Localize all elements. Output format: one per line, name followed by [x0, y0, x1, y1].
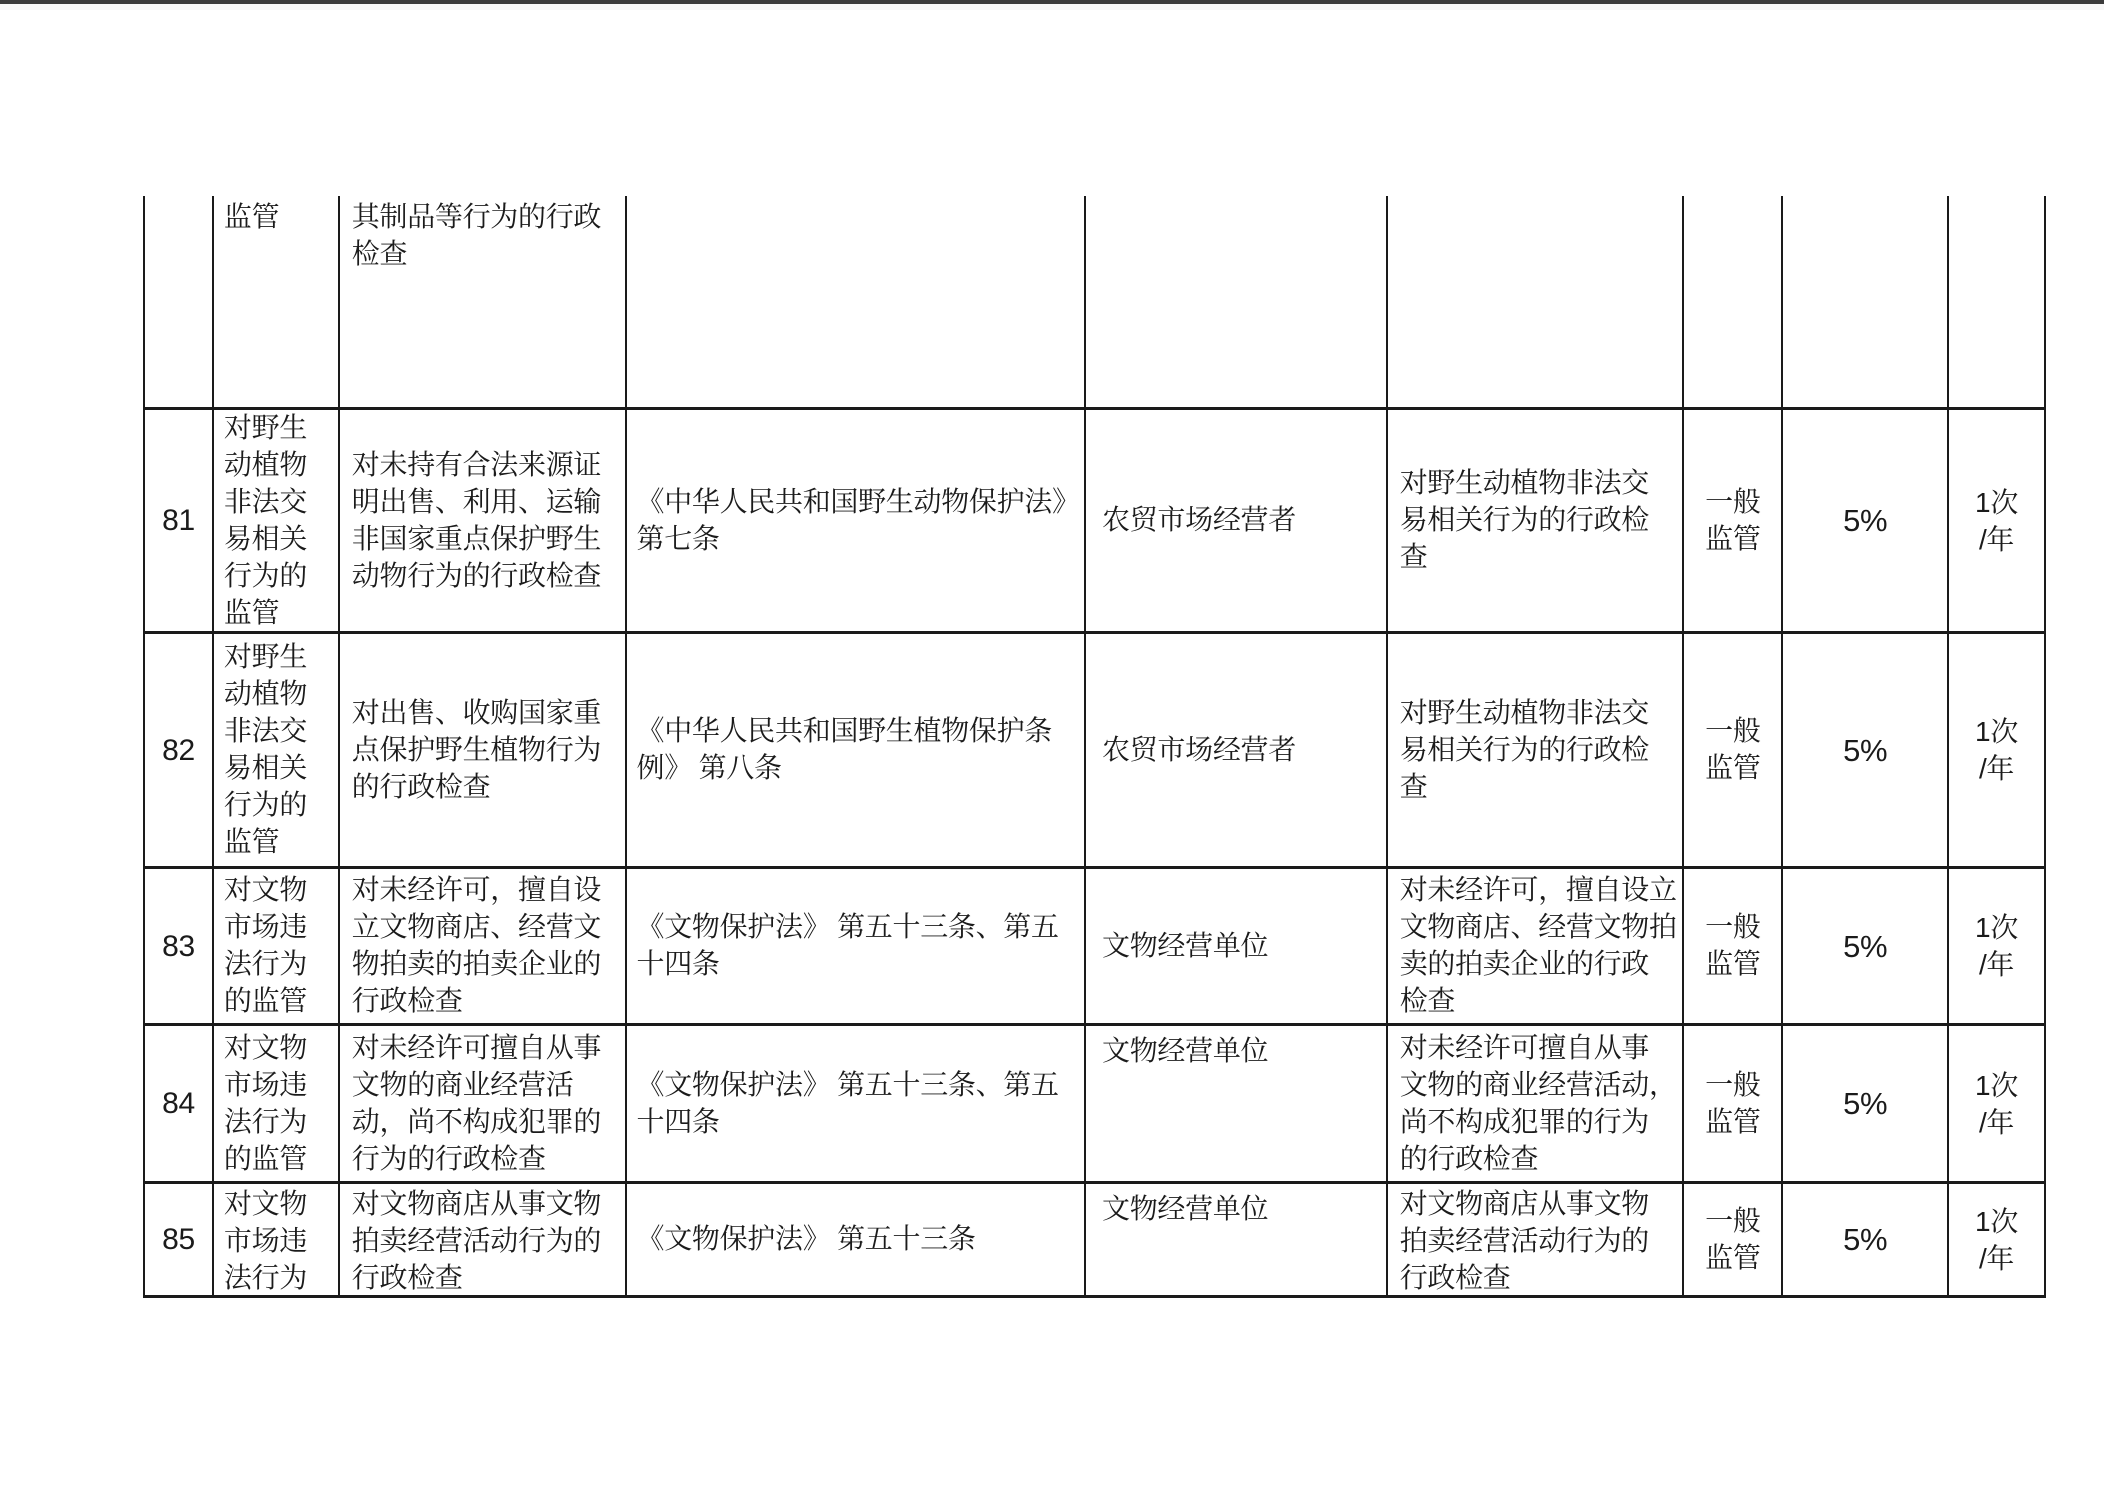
cell-ratio: [1783, 196, 1949, 407]
cell-target: 文物经营单位: [1086, 1026, 1388, 1181]
cell-supervision-type: 一般 监管: [1684, 869, 1783, 1023]
cell-seq: 81: [145, 410, 214, 631]
cell-legal-basis: 《文物保护法》 第五十三条、第五 十四条: [627, 869, 1087, 1023]
cell-ratio: 5%: [1783, 1026, 1949, 1181]
cell-content: 对野生动植物非法交 易相关行为的行政检 查: [1388, 634, 1685, 866]
cell-description: 对文物商店从事文物 拍卖经营活动行为的 行政检查: [340, 1184, 627, 1295]
cell-content: 对野生动植物非法交 易相关行为的行政检 查: [1388, 410, 1685, 631]
cell-ratio: 5%: [1783, 1184, 1949, 1295]
cell-description: 对未经许可擅自从事 文物的商业经营活 动，尚不构成犯罪的 行为的行政检查: [340, 1026, 627, 1181]
cell-seq: [145, 196, 214, 407]
cell-seq: 82: [145, 634, 214, 866]
cell-content: 对未经许可，擅自设立 文物商店、经营文物拍 卖的拍卖企业的行政 检查: [1388, 869, 1685, 1023]
cell-legal-basis: 《文物保护法》 第五十三条、第五 十四条: [627, 1026, 1087, 1181]
cell-content: 对文物商店从事文物 拍卖经营活动行为的 行政检查: [1388, 1184, 1685, 1295]
table-row-continuation: 监管 其制品等行为的行政 检查: [145, 196, 2046, 410]
cell-seq: 85: [145, 1184, 214, 1295]
table-row-83: 83 对文物 市场违 法行为 的监管 对未经许可，擅自设 立文物商店、经营文 物…: [145, 869, 2046, 1026]
cell-supervision-type: 一般 监管: [1684, 1026, 1783, 1181]
inspection-items-table: 监管 其制品等行为的行政 检查 81 对野生 动植物 非法交 易相关 行为的 监…: [143, 196, 2046, 1298]
cell-description: 对未持有合法来源证 明出售、利用、运输 非国家重点保护野生 动物行为的行政检查: [340, 410, 627, 631]
cell-target: 农贸市场经营者: [1086, 634, 1388, 866]
cell-description: 其制品等行为的行政 检查: [340, 196, 627, 407]
cell-frequency: 1次 /年: [1949, 410, 2046, 631]
cell-category: 对文物 市场违 法行为 的监管: [214, 1026, 340, 1181]
cell-category: 对野生 动植物 非法交 易相关 行为的 监管: [214, 410, 340, 631]
cell-ratio: 5%: [1783, 410, 1949, 631]
cell-content: 对未经许可擅自从事 文物的商业经营活动， 尚不构成犯罪的行为 的行政检查: [1388, 1026, 1685, 1181]
cell-category: 对文物 市场违 法行为 的监管: [214, 869, 340, 1023]
table-row-85: 85 对文物 市场违 法行为 对文物商店从事文物 拍卖经营活动行为的 行政检查 …: [145, 1184, 2046, 1298]
cell-frequency: 1次 /年: [1949, 869, 2046, 1023]
cell-frequency: [1949, 196, 2046, 407]
cell-frequency: 1次 /年: [1949, 1184, 2046, 1295]
cell-category: 对野生 动植物 非法交 易相关 行为的 监管: [214, 634, 340, 866]
cell-frequency: 1次 /年: [1949, 1026, 2046, 1181]
cell-category: 监管: [214, 196, 340, 407]
cell-target: 文物经营单位: [1086, 1184, 1388, 1295]
cell-ratio: 5%: [1783, 869, 1949, 1023]
cell-legal-basis: 《中华人民共和国野生植物保护条 例》 第八条: [627, 634, 1087, 866]
table-row-81: 81 对野生 动植物 非法交 易相关 行为的 监管 对未持有合法来源证 明出售、…: [145, 410, 2046, 634]
table-row-82: 82 对野生 动植物 非法交 易相关 行为的 监管 对出售、收购国家重 点保护野…: [145, 634, 2046, 869]
cell-supervision-type: 一般 监管: [1684, 634, 1783, 866]
cell-description: 对出售、收购国家重 点保护野生植物行为 的行政检查: [340, 634, 627, 866]
cell-supervision-type: [1684, 196, 1783, 407]
cell-supervision-type: 一般 监管: [1684, 1184, 1783, 1295]
cell-target: 农贸市场经营者: [1086, 410, 1388, 631]
cell-legal-basis: 《文物保护法》 第五十三条: [627, 1184, 1087, 1295]
cell-description: 对未经许可，擅自设 立文物商店、经营文 物拍卖的拍卖企业的 行政检查: [340, 869, 627, 1023]
document-page: { "page": { "background": "#ffffff", "to…: [0, 0, 2104, 1488]
cell-legal-basis: 《中华人民共和国野生动物保护法》 第七条: [627, 410, 1087, 631]
cell-frequency: 1次 /年: [1949, 634, 2046, 866]
cell-seq: 84: [145, 1026, 214, 1181]
table-row-84: 84 对文物 市场违 法行为 的监管 对未经许可擅自从事 文物的商业经营活 动，…: [145, 1026, 2046, 1184]
cell-supervision-type: 一般 监管: [1684, 410, 1783, 631]
cell-ratio: 5%: [1783, 634, 1949, 866]
cell-content: [1388, 196, 1685, 407]
cell-legal-basis: [627, 196, 1087, 407]
cell-target: 文物经营单位: [1086, 869, 1388, 1023]
cell-seq: 83: [145, 869, 214, 1023]
cell-category: 对文物 市场违 法行为: [214, 1184, 340, 1295]
cell-target: [1086, 196, 1388, 407]
window-top-edge-shadow: [0, 4, 2104, 10]
